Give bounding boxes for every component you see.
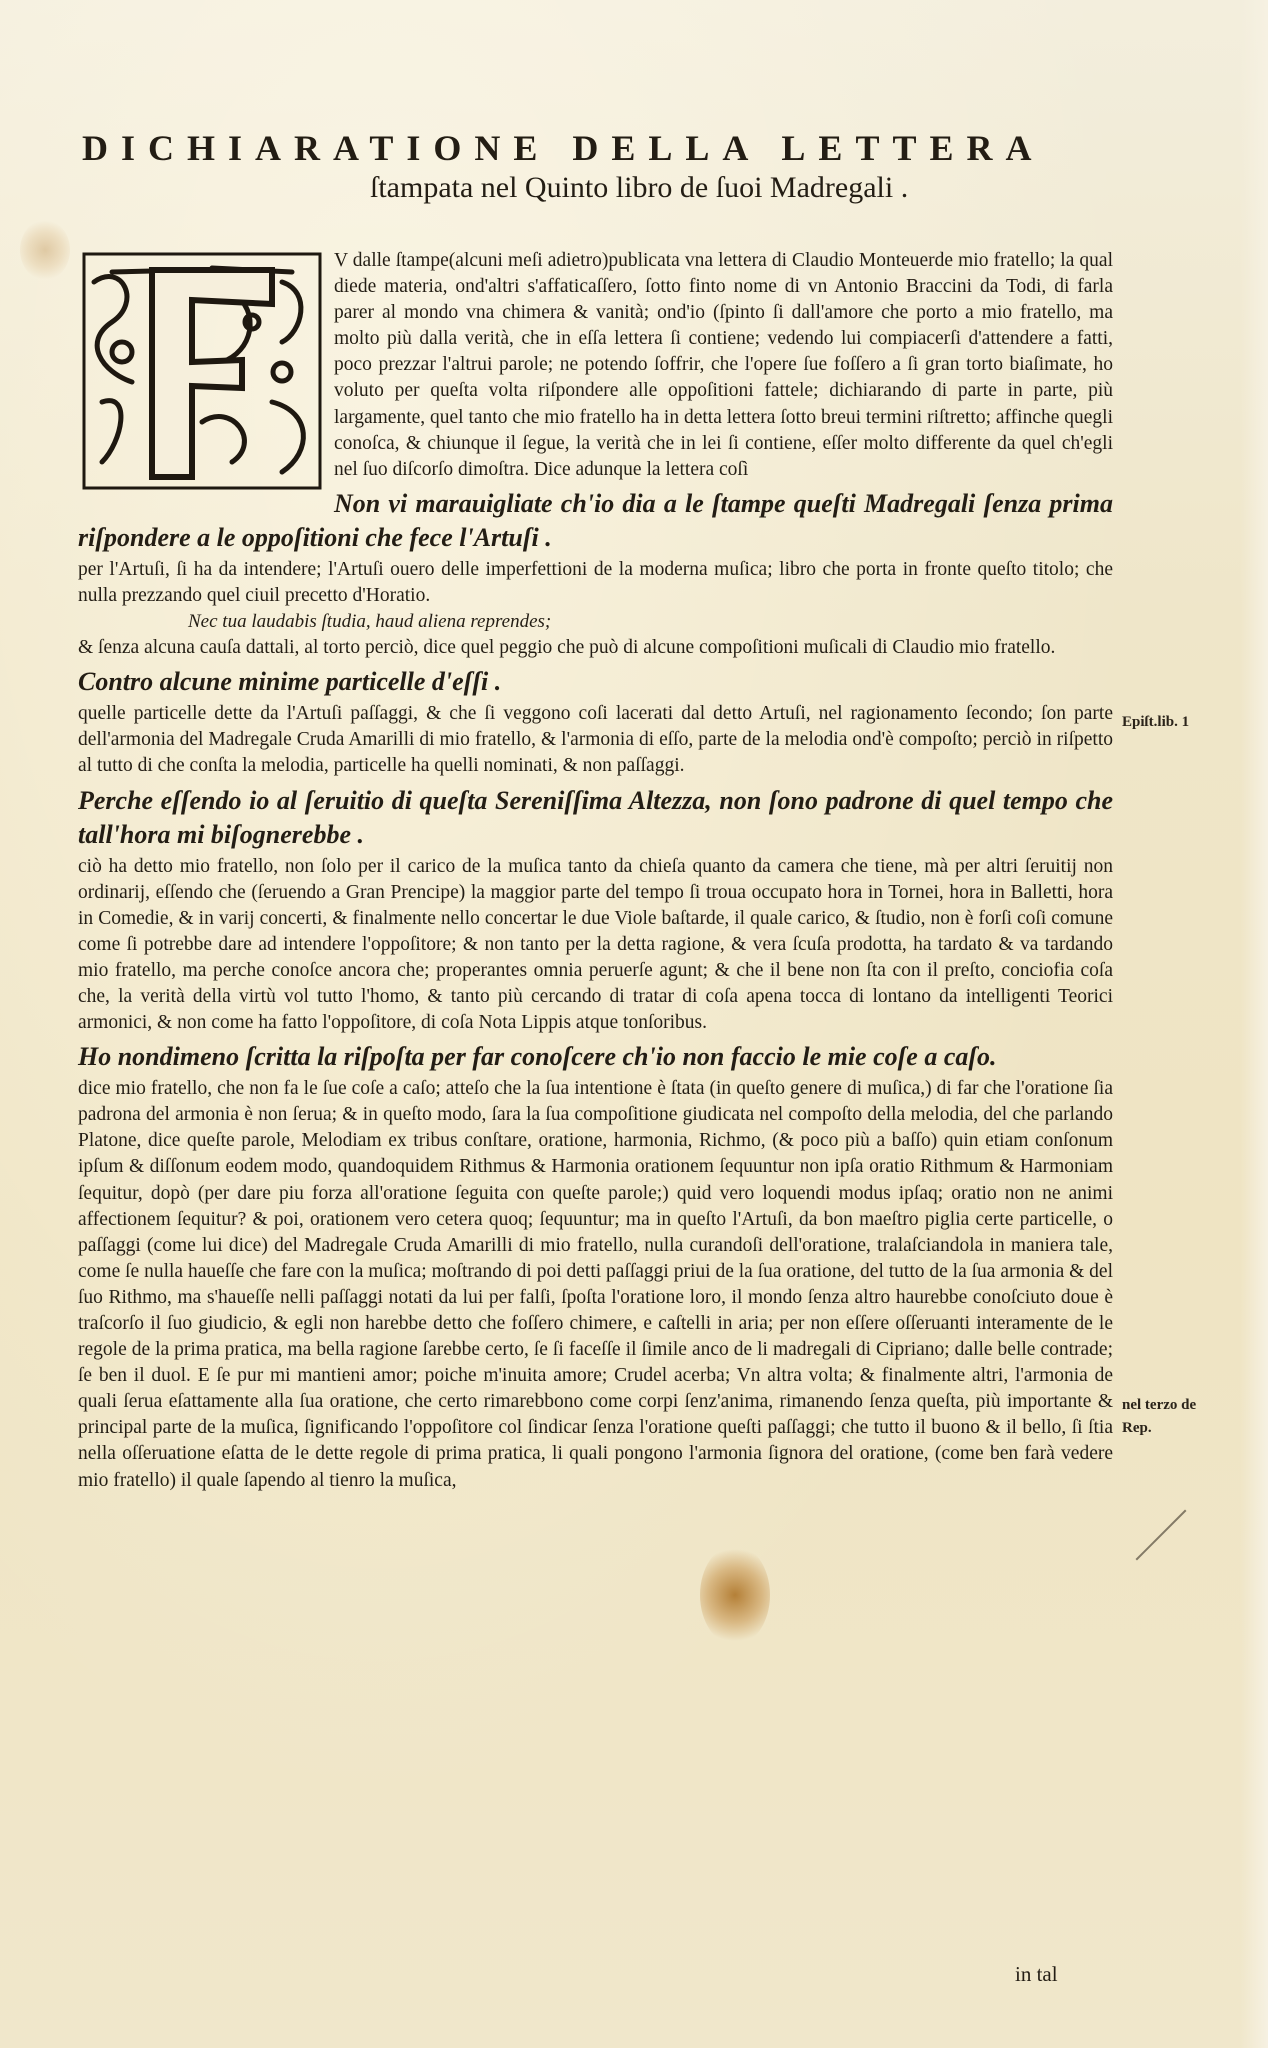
pen-mark [1136,1510,1187,1561]
decorated-initial-icon [82,252,322,490]
paragraph: & ſenza alcuna cauſa dattali, al torto p… [78,635,1113,661]
ornament-icon [82,252,322,490]
marginal-note: Epiſt.lib. 1 [1122,714,1189,731]
quoted-heading: Perche eſſendo io al ſeruitio di queſta … [78,784,1113,852]
paragraph: dice mio fratello, che non fa le ſue coſ… [78,1076,1113,1494]
manuscript-page: DICHIARATIONE DELLA LETTERA ſtampata nel… [0,0,1268,2048]
latin-quote: Nec tua laudabis ſtudia, haud aliena rep… [78,609,1113,635]
page-subtitle: ſtampata nel Quinto libro de ſuoi Madreg… [260,168,1268,208]
quoted-heading: Contro alcune minime particelle d'eſſi . [78,665,1113,699]
quoted-heading: Non vi marauigliate ch'io dia a le ſtamp… [78,487,1113,555]
page-title: DICHIARATIONE DELLA LETTERA [80,128,1120,168]
paragraph: ciò ha detto mio fratello, non ſolo per … [78,854,1113,1037]
catchword: in tal [1015,1962,1058,1987]
page-header: DICHIARATIONE DELLA LETTERA ſtampata nel… [80,128,1120,208]
foxing-stain [20,220,70,280]
foxing-stain [700,1545,770,1645]
marginal-note: nel terzo de [1122,1397,1196,1414]
marginal-note: Rep. [1122,1420,1152,1437]
paragraph: quelle particelle dette da l'Artuſi paſſ… [78,701,1113,779]
page-edge [1240,0,1268,2048]
paragraph: per l'Artuſi, ſi ha da intendere; l'Artu… [78,557,1113,609]
quoted-heading: Ho nondimeno ſcritta la riſpoſta per far… [78,1040,1113,1074]
document-body: V dalle ſtampe(alcuni meſi adietro)publi… [78,248,1113,1494]
